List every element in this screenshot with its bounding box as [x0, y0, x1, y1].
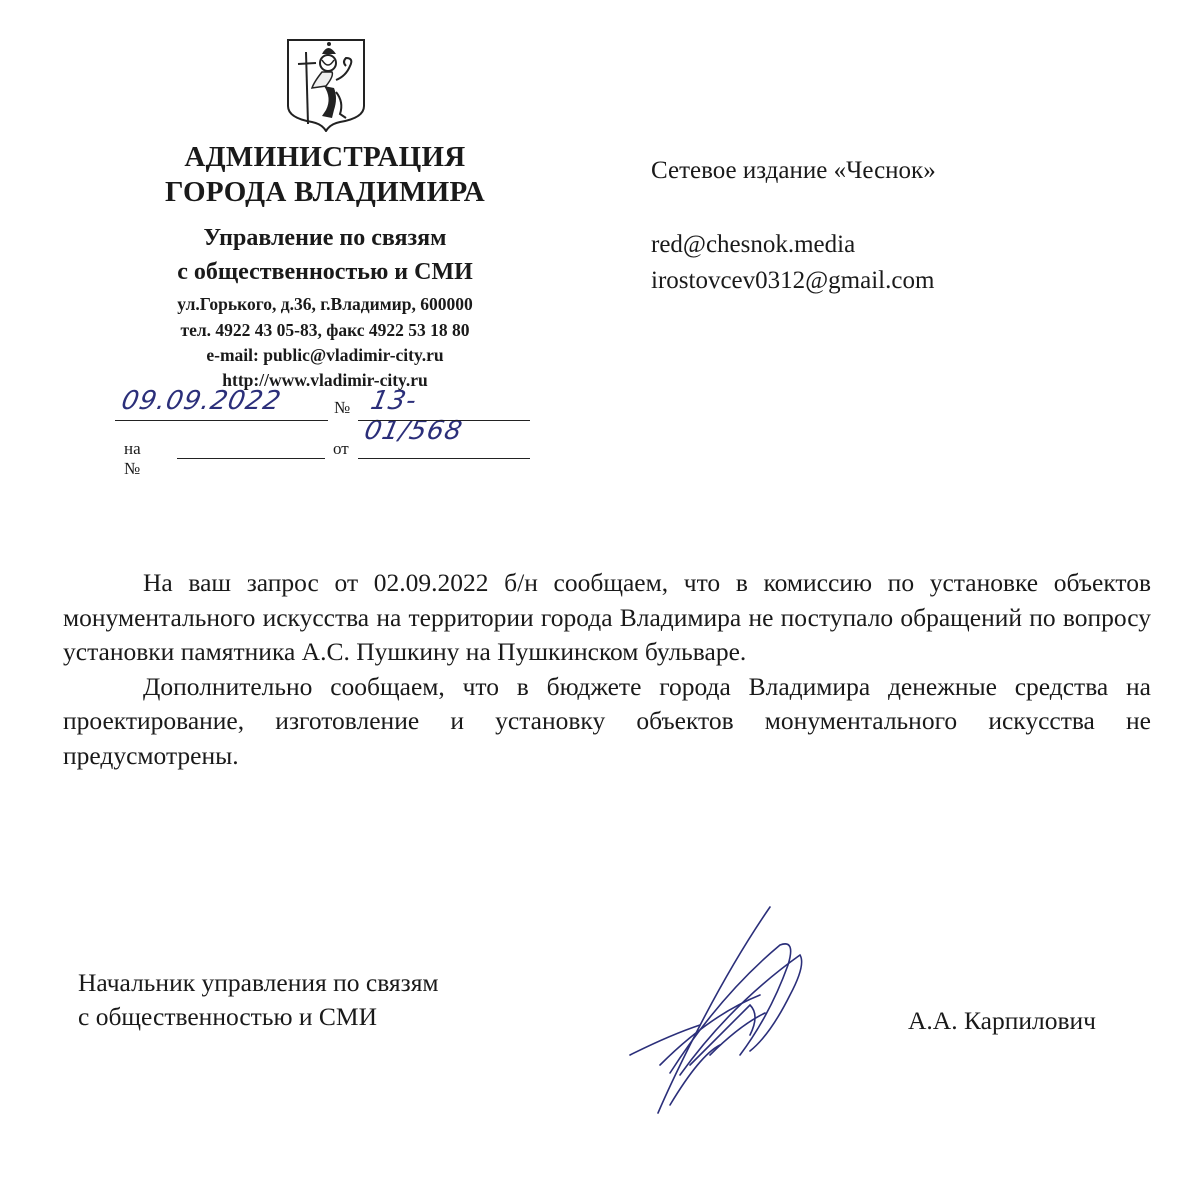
body-paragraph-2: Дополнительно сообщаем, что в бюджете го…	[63, 670, 1151, 774]
outgoing-number: 13-01/568	[362, 386, 472, 446]
recipient-name: Сетевое издание «Чеснок»	[651, 156, 936, 186]
handwritten-signature-icon	[610, 895, 830, 1115]
signatory-name: А.А. Карпилович	[908, 1004, 1096, 1038]
body-paragraph-1: На ваш запрос от 02.09.2022 б/н сообщаем…	[63, 566, 1151, 670]
coat-of-arms-icon	[284, 36, 368, 132]
letter-body: На ваш запрос от 02.09.2022 б/н сообщаем…	[63, 566, 1151, 773]
signatory-title: Начальник управления по связям с обществ…	[78, 966, 439, 1034]
signatory-title-line1: Начальник управления по связям	[78, 966, 439, 1000]
department-name-line2: с общественностью и СМИ	[100, 256, 550, 288]
organization-phone-fax: тел. 4922 43 05-83, факс 4922 53 18 80	[100, 318, 550, 342]
organization-name-line2: ГОРОДА ВЛАДИМИРА	[100, 175, 550, 209]
reply-to-label: на №	[124, 439, 141, 479]
from-label: от	[333, 439, 349, 459]
signatory-title-line2: с общественностью и СМИ	[78, 1000, 439, 1034]
date-underline	[115, 420, 328, 421]
reply-number-underline	[177, 458, 325, 459]
recipient-email-1: red@chesnok.media	[651, 230, 855, 260]
number-label: №	[334, 398, 350, 418]
recipient-email-2: irostovcev0312@gmail.com	[651, 266, 934, 296]
reply-date-underline	[358, 458, 530, 459]
organization-name-line1: АДМИНИСТРАЦИЯ	[100, 140, 550, 174]
organization-address: ул.Горького, д.36, г.Владимир, 600000	[100, 292, 550, 316]
department-name-line1: Управление по связям	[100, 222, 550, 254]
outgoing-date: 09.09.2022	[119, 386, 284, 416]
organization-email: e-mail: public@vladimir-city.ru	[100, 343, 550, 367]
number-underline	[358, 420, 530, 421]
